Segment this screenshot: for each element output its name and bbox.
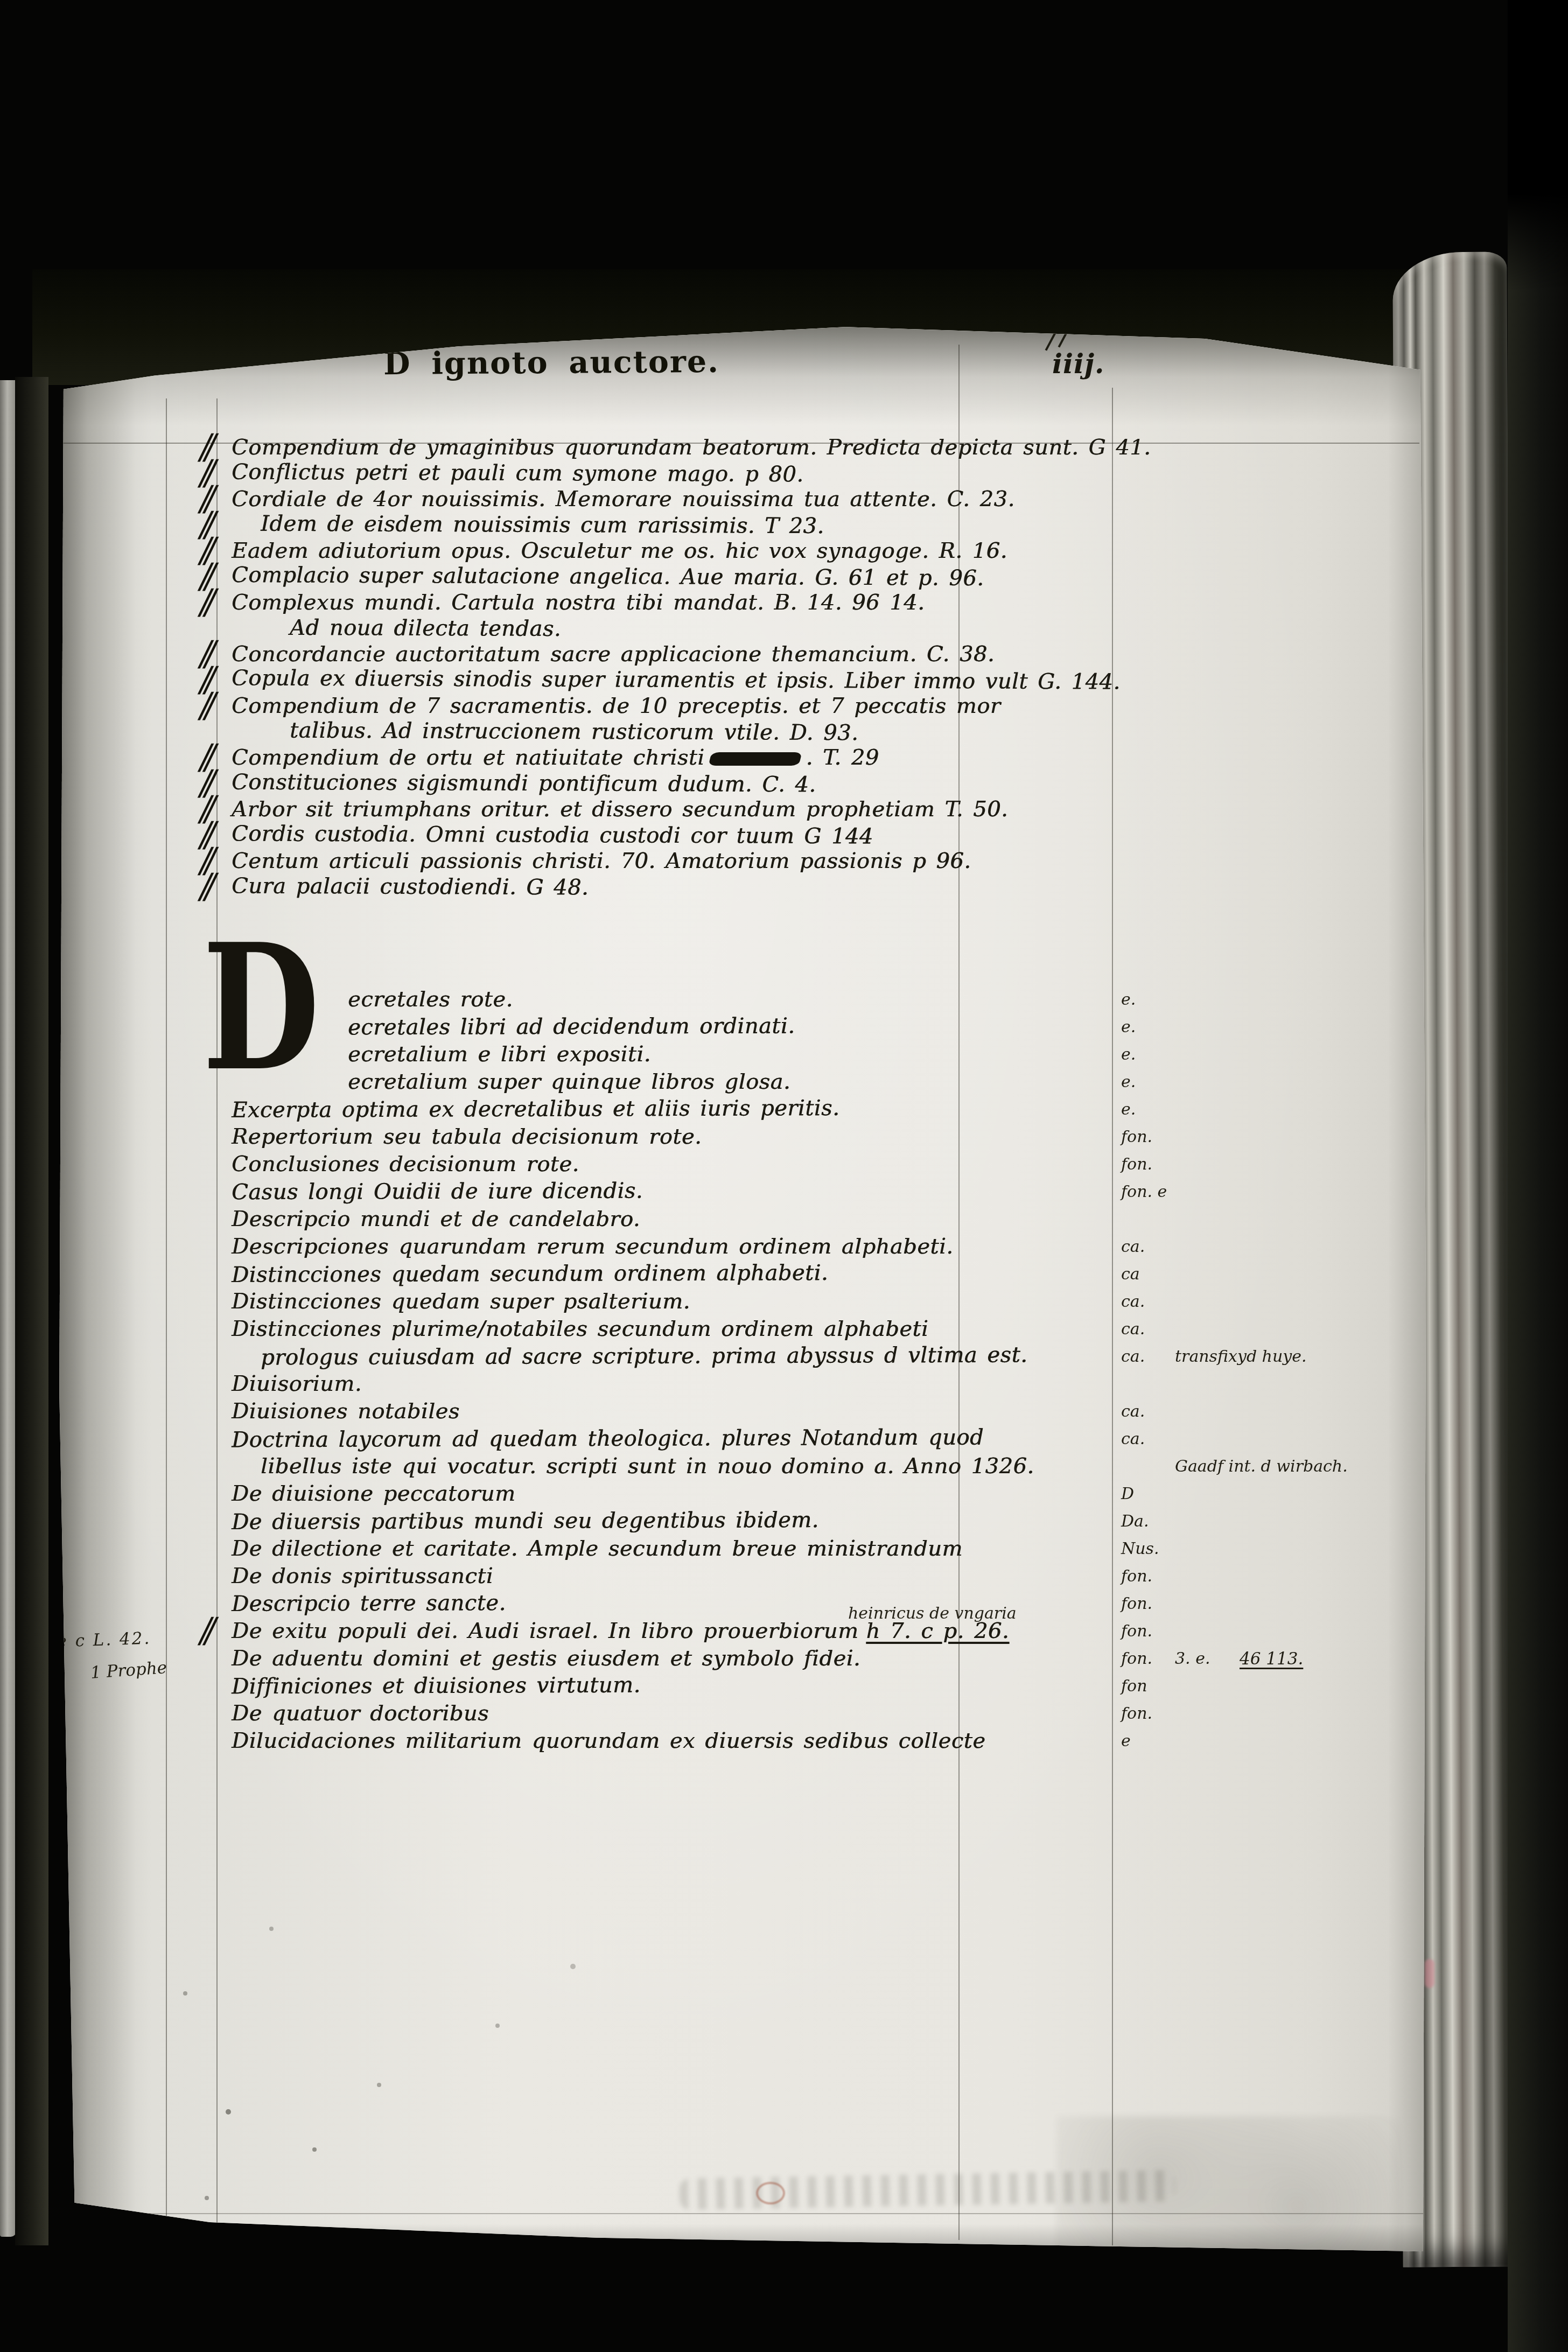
- entry-text: Compendium de 7 sacramentis. de 10 prece…: [232, 694, 1000, 718]
- catalog-entry-line: ∥Centum articuli passionis christi. 70. …: [232, 849, 1151, 874]
- margin-shelfmark: e: [1121, 1732, 1131, 1751]
- catalog-entry-line: Ad noua dilecta tendas.: [232, 616, 1151, 642]
- red-circle-mark: [756, 2182, 785, 2204]
- catalog-entry-line: Distincciones plurime/notabiles secundum…: [232, 1317, 1034, 1344]
- margin-shelfmark: fon. e: [1121, 1182, 1167, 1201]
- catalog-entry-line: De diuisione peccatorum D: [232, 1481, 1034, 1509]
- entry-text: Dilucidaciones militarium quorundam ex d…: [232, 1728, 985, 1753]
- entry-text: De donis spiritussancti: [232, 1564, 493, 1588]
- catalog-entry-line: Descripcio mundi et de candelabro.: [232, 1207, 1034, 1234]
- catalog-entry-line: Diuisorium.: [232, 1371, 1034, 1399]
- entry-text: Distincciones quedam secundum ordinem al…: [232, 1261, 828, 1287]
- entry-text: Conflictus petri et pauli cum symone mag…: [232, 460, 804, 487]
- entry-list-lower: ecretales rote. e. ecretales libri ad de…: [232, 987, 1034, 1756]
- entry-text: ecretales rote.: [348, 987, 513, 1012]
- entry-text: Ad noua dilecta tendas.: [290, 615, 561, 641]
- entry-text: Diuisiones notabiles: [232, 1399, 460, 1424]
- margin-shelfmark: e.: [1121, 990, 1136, 1009]
- deleted-word-blot: [708, 752, 802, 766]
- catalog-entry-line: ecretales rote. e.: [232, 987, 1034, 1014]
- margin-annotation: Gaadf int. d wirbach.: [1175, 1457, 1348, 1476]
- entry-text: Idem de eisdem nouissimis cum rarissimis…: [261, 512, 824, 539]
- entry-text: De diuersis partibus mundi seu degentibu…: [232, 1508, 819, 1535]
- margin-shelfmark: fon.: [1121, 1155, 1152, 1174]
- margin-shelfmark: ca: [1121, 1265, 1140, 1284]
- entry-text: De dilectione et caritate. Ample secundu…: [232, 1536, 963, 1561]
- catalog-entry-line: ∥Cura palacii custodiendi. G 48.: [232, 874, 1151, 900]
- margin-shelfmark: fon.: [1121, 1704, 1152, 1723]
- catalog-entry-line: Distincciones quedam secundum ordinem al…: [232, 1262, 1034, 1289]
- entry-text: ecretalium super quinque libros glosa.: [348, 1069, 790, 1094]
- entry-text: De diuisione peccatorum: [232, 1481, 515, 1506]
- catalog-entry-line: ∥Conflictus petri et pauli cum symone ma…: [232, 461, 1151, 487]
- entry-text: talibus. Ad instruccionem rusticorum vti…: [290, 718, 858, 746]
- margin-shelfmark: e.: [1121, 1100, 1136, 1119]
- catalog-entry-line: ∥Idem de eisdem nouissimis cum rarissimi…: [232, 513, 1151, 538]
- entry-text: Compendium de ymaginibus quorundam beato…: [232, 435, 1151, 460]
- fore-edge-pink-mark: [1425, 1959, 1434, 1988]
- margin-shelfmark: D: [1121, 1485, 1134, 1503]
- entry-text: De aduentu domini et gestis eiusdem et s…: [232, 1646, 860, 1671]
- margin-shelfmark: fon.: [1121, 1567, 1152, 1586]
- ruled-line-left-inner: [166, 398, 167, 2251]
- margin-shelfmark: ca.: [1121, 1347, 1145, 1366]
- catalog-entry-line: ∥Complacio super salutacione angelica. A…: [232, 564, 1151, 590]
- catalog-entry-line: ∥Complexus mundi. Cartula nostra tibi ma…: [232, 590, 1151, 616]
- entry-text: Arbor sit triumphans oritur. et dissero …: [232, 797, 1008, 822]
- entry-text: Eadem adiutorium opus. Osculetur me os. …: [232, 538, 1007, 563]
- entry-text: Excerpta optima ex decretalibus et aliis…: [232, 1096, 839, 1123]
- margin-shelfmark: e.: [1121, 1073, 1136, 1091]
- entry-text: Constituciones sigismundi pontificum dud…: [232, 770, 816, 797]
- catalog-entry-line: De quatuor doctoribus fon.: [232, 1701, 1034, 1728]
- catalog-entry-line: De diuersis partibus mundi seu degentibu…: [232, 1509, 1034, 1536]
- entry-text: Cordis custodia. Omni custodia custodi c…: [232, 821, 873, 849]
- catalog-entry-line: ∥Compendium de ortu et natiuitate christ…: [232, 745, 1151, 771]
- catalog-entry-line: ∥Cordiale de 4or nouissimis. Memorare no…: [232, 487, 1151, 513]
- catalog-entry-line: ecretalium super quinque libros glosa. e…: [232, 1069, 1034, 1097]
- margin-shelfmark: Nus.: [1121, 1539, 1159, 1558]
- catalog-entry-line: Excerpta optima ex decretalibus et aliis…: [232, 1097, 1034, 1124]
- entry-text: Complacio super salutacione angelica. Au…: [232, 563, 984, 591]
- catalog-entry-line: De dilectione et caritate. Ample secundu…: [232, 1536, 1034, 1564]
- entry-tail: . T. 29: [806, 745, 879, 770]
- margin-shelfmark: ca.: [1121, 1430, 1145, 1448]
- catalog-entry-line: Distincciones quedam super psalterium. c…: [232, 1289, 1034, 1317]
- catalog-entry-line: Dilucidaciones militarium quorundam ex d…: [232, 1728, 1034, 1756]
- margin-shelfmark: fon.: [1121, 1622, 1152, 1641]
- page-title: D ignoto auctore.: [383, 344, 719, 382]
- margin-shelfmark: ca.: [1121, 1292, 1145, 1311]
- left-margin-note: 1 Prophe: [90, 1658, 167, 1683]
- catalog-entry-line: Descripciones quarundam rerum secundum o…: [232, 1234, 1034, 1262]
- catalog-entry-line: ∥Copula ex diuersis sinodis super iurame…: [232, 668, 1151, 694]
- entry-text: Centum articuli passionis christi. 70. A…: [232, 849, 971, 873]
- entry-text: Distincciones quedam super psalterium.: [232, 1289, 690, 1314]
- entry-text: Cura palacii custodiendi. G 48.: [232, 874, 589, 900]
- entry-text: Descripciones quarundam rerum secundum o…: [232, 1234, 953, 1259]
- catalog-entry-line: ∥Cordis custodia. Omni custodia custodi …: [232, 823, 1151, 849]
- catalog-entry-line: De donis spiritussancti fon.: [232, 1564, 1034, 1591]
- entry-text: prologus cuiusdam ad sacre scripture. pr…: [261, 1343, 1027, 1370]
- ruled-line-left-outer: [216, 398, 218, 2251]
- quire-signature: iiij.: [1052, 348, 1104, 380]
- entry-text: Diffiniciones et diuisiones virtutum.: [232, 1673, 641, 1699]
- show-through-stain: [1056, 2116, 1401, 2267]
- margin-annotation: transfixyd huye.: [1175, 1347, 1307, 1366]
- entry-text: De quatuor doctoribus: [232, 1701, 489, 1726]
- catalog-entry-line: Doctrina laycorum ad quedam theologica. …: [232, 1426, 1034, 1454]
- entry-text: Distincciones plurime/notabiles secundum…: [232, 1317, 928, 1341]
- margin-shelfmark: fon: [1121, 1677, 1147, 1696]
- catalog-entry-line: ∥De exitu populi dei. Audi israel. In li…: [232, 1619, 1034, 1646]
- catalog-entry-line: prologus cuiusdam ad sacre scripture. pr…: [232, 1344, 1034, 1371]
- catalog-entry-line: Casus longi Ouidii de iure dicendis. fon…: [232, 1179, 1034, 1207]
- left-margin-note: f e c L. 42.: [41, 1628, 151, 1651]
- margin-shelfmark: Da.: [1121, 1512, 1149, 1531]
- catalog-entry-line: ∥Constituciones sigismundi pontificum du…: [232, 771, 1151, 797]
- catalog-entry-line: ecretalium e libri expositi. e.: [232, 1042, 1034, 1069]
- entry-text: Doctrina laycorum ad quedam theologica. …: [232, 1425, 984, 1453]
- entry-text: Descripcio mundi et de candelabro.: [232, 1207, 640, 1231]
- catalog-entry-line: De aduentu domini et gestis eiusdem et s…: [232, 1646, 1034, 1674]
- entry-text: Conclusiones decisionum rote.: [232, 1152, 579, 1177]
- entry-text: Descripcio terre sancte.: [232, 1591, 506, 1616]
- catalog-entry-line: ∥Compendium de ymaginibus quorundam beat…: [232, 435, 1151, 461]
- margin-shelfmark: fon.: [1121, 1128, 1152, 1146]
- margin-shelfmark: fon.: [1121, 1649, 1152, 1668]
- margin-shelfmark: ca.: [1121, 1237, 1145, 1256]
- margin-shelfmark: fon.: [1121, 1594, 1152, 1613]
- entry-text: Compendium de ortu et natiuitate christi: [232, 745, 705, 770]
- entry-list-upper: ∥Compendium de ymaginibus quorundam beat…: [232, 435, 1151, 900]
- margin-shelfmark: ca.: [1121, 1320, 1145, 1339]
- manuscript-photo: D ignoto auctore. iiij. 413 f e c L. 42.…: [0, 0, 1568, 2352]
- entry-text: Copula ex diuersis sinodis super iuramen…: [232, 666, 1121, 694]
- entry-text: ecretalium e libri expositi.: [348, 1042, 651, 1067]
- catalog-entry-line: ∥Eadem adiutorium opus. Osculetur me os.…: [232, 538, 1151, 564]
- margin-shelfmark: ca.: [1121, 1402, 1145, 1421]
- margin-shelfmark: e.: [1121, 1018, 1136, 1037]
- catalog-entry-line: Diuisiones notabiles ca.: [232, 1399, 1034, 1426]
- catalog-entry-line: ∥Compendium de 7 sacramentis. de 10 prec…: [232, 694, 1151, 719]
- catalog-entry-line: ∥Concordancie auctoritatum sacre applica…: [232, 642, 1151, 668]
- catalog-entry-line: Diffiniciones et diuisiones virtutum. fo…: [232, 1674, 1034, 1701]
- interlinear-note: heinricus de vngaria: [848, 1604, 1017, 1623]
- margin-annotation-underlined: 46 113.: [1240, 1649, 1303, 1669]
- catalog-entry-line: Conclusiones decisionum rote. fon.: [232, 1152, 1034, 1179]
- catalog-entry-line: ecretales libri ad decidendum ordinati. …: [232, 1014, 1034, 1042]
- entry-text: ecretales libri ad decidendum ordinati.: [348, 1014, 795, 1040]
- manuscript-page: D ignoto auctore. iiij. 413 f e c L. 42.…: [44, 323, 1426, 2267]
- catalog-entry-line: libellus iste qui vocatur. scripti sunt …: [232, 1454, 1034, 1481]
- margin-shelfmark: e.: [1121, 1045, 1136, 1064]
- entry-text: Complexus mundi. Cartula nostra tibi man…: [232, 590, 925, 615]
- entry-text: Diuisorium.: [232, 1371, 362, 1396]
- catalog-entry-line: Repertorium seu tabula decisionum rote. …: [232, 1124, 1034, 1152]
- catalog-entry-line: ∥Arbor sit triumphans oritur. et dissero…: [232, 797, 1151, 823]
- catalog-entry-line: talibus. Ad instruccionem rusticorum vti…: [232, 719, 1151, 745]
- entry-text: Casus longi Ouidii de iure dicendis.: [232, 1179, 643, 1205]
- gutter-shadow: [15, 377, 48, 2245]
- entry-text: Cordiale de 4or nouissimis. Memorare nou…: [232, 487, 1015, 512]
- margin-annotation: 3. e.: [1175, 1649, 1210, 1668]
- entry-text: Repertorium seu tabula decisionum rote.: [232, 1124, 702, 1149]
- entry-text: De exitu populi dei. Audi israel. In lib…: [232, 1619, 858, 1643]
- book-cover-edge: [1508, 0, 1568, 2352]
- entry-text: libellus iste qui vocatur. scripti sunt …: [261, 1454, 1034, 1479]
- paragraph-mark: ∥: [193, 1614, 223, 1650]
- entry-text: Concordancie auctoritatum sacre applicac…: [232, 642, 995, 667]
- underlying-page-edge: [0, 380, 16, 2237]
